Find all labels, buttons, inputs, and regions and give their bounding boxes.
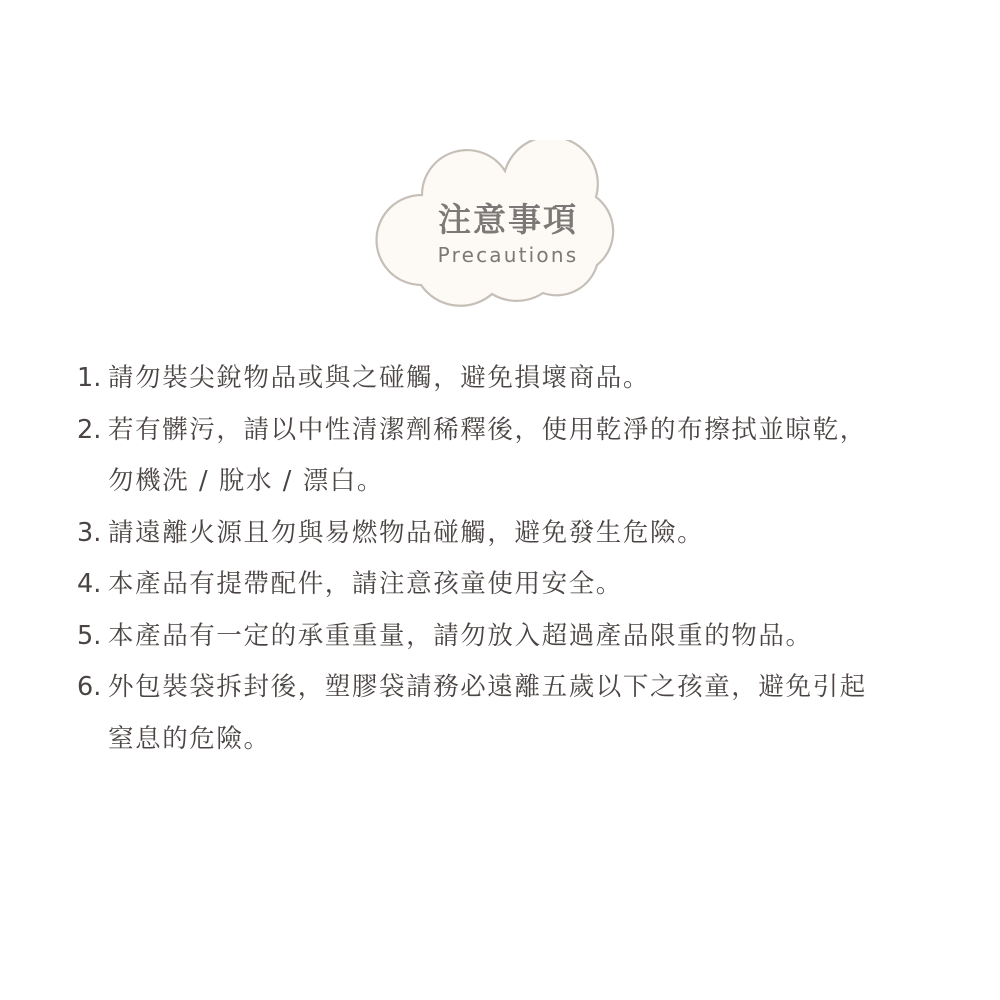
precaution-item-6: 6. 外包裝袋拆封後，塑膠袋請務必遠離五歲以下之孩童，避免引起 窒息的危險。 (77, 662, 957, 765)
item-number: 1. (77, 353, 108, 405)
item-text-line: 窒息的危險。 (108, 714, 867, 766)
item-text-line: 外包裝袋拆封後，塑膠袋請務必遠離五歲以下之孩童，避免引起 (108, 662, 867, 714)
item-text-line: 若有髒污，請以中性清潔劑稀釋後，使用乾淨的布擦拭並晾乾， (108, 405, 867, 457)
item-text-line: 請遠離火源且勿與易燃物品碰觸，避免發生危險。 (108, 508, 704, 560)
item-text-line: 本產品有一定的承重重量，請勿放入超過產品限重的物品。 (108, 611, 813, 663)
precaution-item-1: 1. 請勿裝尖銳物品或與之碰觸，避免損壞商品。 (77, 353, 957, 405)
item-number: 4. (77, 559, 108, 611)
precautions-header-cloud: 注意事項 Precautions (360, 140, 660, 320)
precautions-list: 1. 請勿裝尖銳物品或與之碰觸，避免損壞商品。 2. 若有髒污，請以中性清潔劑稀… (77, 353, 957, 765)
precaution-item-2: 2. 若有髒污，請以中性清潔劑稀釋後，使用乾淨的布擦拭並晾乾， 勿機洗 / 脫水… (77, 405, 957, 508)
page-title: 注意事項 (360, 194, 656, 241)
item-number: 3. (77, 508, 108, 560)
item-number: 5. (77, 611, 108, 663)
item-number: 2. (77, 405, 108, 508)
page-subtitle: Precautions (360, 243, 656, 267)
precaution-item-4: 4. 本產品有提帶配件，請注意孩童使用安全。 (77, 559, 957, 611)
item-number: 6. (77, 662, 108, 765)
item-text-line: 請勿裝尖銳物品或與之碰觸，避免損壞商品。 (108, 353, 650, 405)
precaution-item-3: 3. 請遠離火源且勿與易燃物品碰觸，避免發生危險。 (77, 508, 957, 560)
item-text-line: 勿機洗 / 脫水 / 漂白。 (108, 456, 867, 508)
item-text-line: 本產品有提帶配件，請注意孩童使用安全。 (108, 559, 623, 611)
precaution-item-5: 5. 本產品有一定的承重重量，請勿放入超過產品限重的物品。 (77, 611, 957, 663)
